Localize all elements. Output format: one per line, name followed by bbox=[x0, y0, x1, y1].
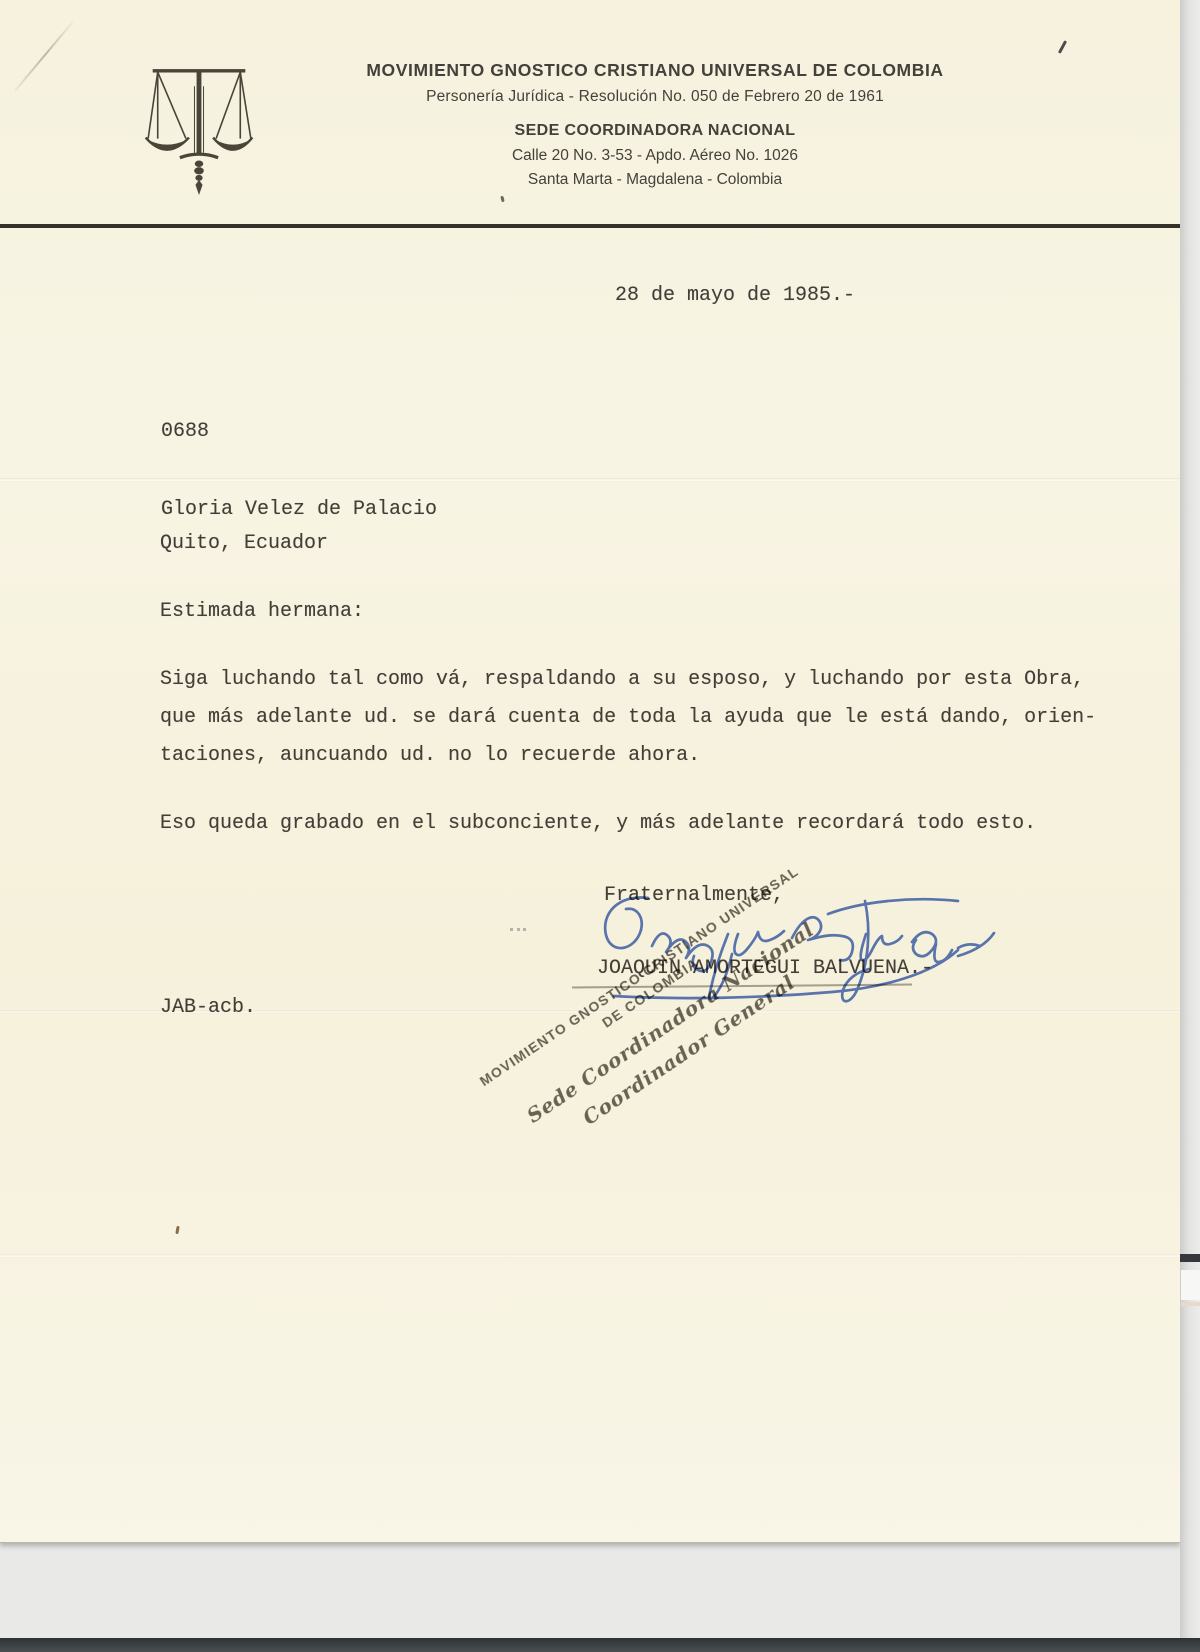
address-line: Calle 20 No. 3-53 - Apdo. Aéreo No. 1026 bbox=[255, 147, 1055, 165]
legal-line: Personería Jurídica - Resolución No. 050… bbox=[255, 88, 1055, 106]
letterhead: MOVIMIENTO GNOSTICO CRISTIANO UNIVERSAL … bbox=[255, 60, 1055, 189]
scan-edge-warm-line bbox=[1181, 1302, 1200, 1306]
body-line-3: taciones, auncuando ud. no lo recuerde a… bbox=[160, 744, 700, 767]
typist-initials: JAB-acb. bbox=[160, 996, 256, 1019]
fold-crease-top bbox=[0, 478, 1180, 482]
body-line-1: Siga luchando tal como vá, respaldando a… bbox=[160, 668, 1084, 691]
scan-edge-strip bbox=[1180, 0, 1200, 1652]
letter-paper bbox=[0, 0, 1180, 1543]
handwritten-signature bbox=[560, 838, 1000, 1038]
scan-edge-highlight bbox=[1181, 1270, 1200, 1300]
recipient-city: Quito, Ecuador bbox=[160, 532, 328, 555]
date-line: 28 de mayo de 1985.- bbox=[615, 284, 855, 307]
scan-bottom-bar bbox=[0, 1638, 1200, 1652]
body-line-2: que más adelante ud. se dará cuenta de t… bbox=[160, 706, 1096, 729]
body-paragraph-2: Eso queda grabado en el subconciente, y … bbox=[160, 812, 1036, 835]
office-line: SEDE COORDINADORA NACIONAL bbox=[255, 122, 1055, 140]
ref-number: 0688 bbox=[161, 420, 209, 443]
pencil-dots bbox=[510, 928, 526, 931]
recipient-name: Gloria Velez de Palacio bbox=[161, 498, 437, 521]
scan-edge-mark bbox=[1180, 1254, 1200, 1262]
letterhead-rule bbox=[0, 224, 1180, 228]
salutation: Estimada hermana: bbox=[160, 600, 364, 623]
fold-crease-bottom bbox=[0, 1254, 1180, 1258]
location-line: Santa Marta - Magdalena - Colombia bbox=[255, 171, 1055, 189]
scales-of-justice-icon bbox=[140, 56, 258, 202]
org-name: MOVIMIENTO GNOSTICO CRISTIANO UNIVERSAL … bbox=[255, 60, 1055, 81]
